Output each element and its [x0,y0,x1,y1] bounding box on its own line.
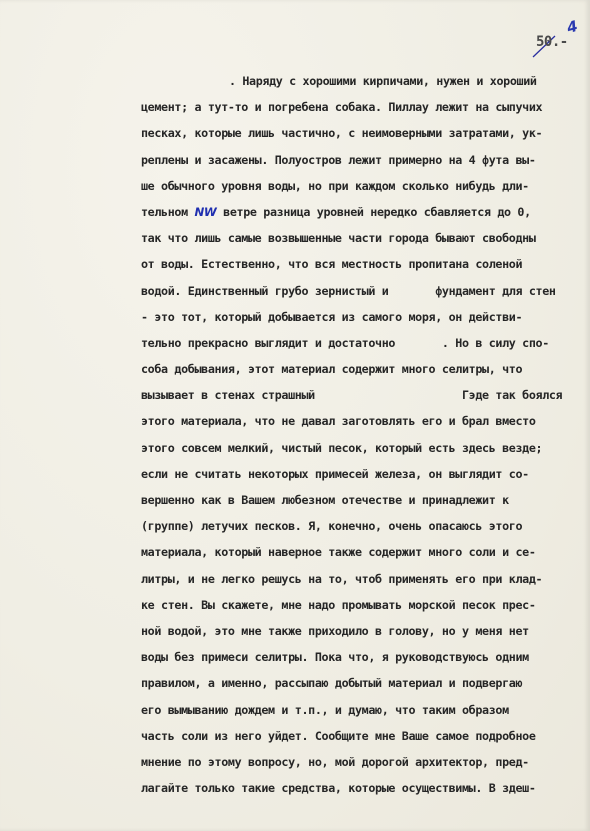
text-line: от воды. Естественно, что вся местность … [141,251,581,277]
text-line: воды без примеси селитры. Пока что, я ру… [141,644,581,670]
text-line: реплены и засажены. Полуостров лежит при… [141,147,581,173]
text-line: песках, которые лишь частично, с неимове… [141,120,581,146]
text-line: ше обычного уровня воды, но при каждом с… [141,173,581,199]
text-line: водой. Единственный грубо зернистый и фу… [141,278,581,304]
text-line: этого совсем мелкий, чистый песок, котор… [141,435,581,461]
text-line: литры, и не легко решусь на то, чтоб при… [141,566,581,592]
typewritten-text: . Наряду с хорошими кирпичами, нужен и х… [141,68,581,801]
text-line: . Наряду с хорошими кирпичами, нужен и х… [141,68,581,94]
text-line-prefix: тельном [141,205,195,219]
document-page: 50.- 4 . Наряду с хорошими кирпичами, ну… [0,0,590,831]
text-line: материала, который наверное также содерж… [141,539,581,565]
text-line: вершенно как в Вашем любезном отечестве … [141,487,581,513]
text-line: вызывает в стенах страшный Гэде так боял… [141,382,581,408]
text-line: этого материала, что не давал заготовлят… [141,408,581,434]
handwritten-nw-annotation: NW [195,205,217,219]
text-line: тельно прекрасно выглядит и достаточно .… [141,330,581,356]
text-line: - это тот, который добывается из самого … [141,304,581,330]
text-line: если не считать некоторых примесей желез… [141,461,581,487]
text-line: соба добывания, этот материал содержит м… [141,356,581,382]
text-line: тельном NW ветре разница уровней нередко… [141,199,581,225]
text-line: лагайте только такие средства, которые о… [141,775,581,801]
text-line: цемент; а тут-то и погребена собака. Пил… [141,94,581,120]
text-line: правилом, а именно, рассыпаю добытый мат… [141,670,581,696]
text-line-rest: ветре разница уровней нередко сбавляется… [223,205,531,219]
text-line: его вымыванию дождем и т.п., и думаю, чт… [141,697,581,723]
text-line: ной водой, это мне также приходило в гол… [141,618,581,644]
text-line: часть соли из него уйдет. Сообщите мне В… [141,723,581,749]
text-line: ке стен. Вы скажете, мне надо промывать … [141,592,581,618]
text-line: мнение по этому вопросу, но, мой дорогой… [141,749,581,775]
text-line: (группе) летучих песков. Я, конечно, оче… [141,513,581,539]
text-line: так что лишь самые возвышенные части гор… [141,225,581,251]
page-number: 50.- [536,34,568,50]
